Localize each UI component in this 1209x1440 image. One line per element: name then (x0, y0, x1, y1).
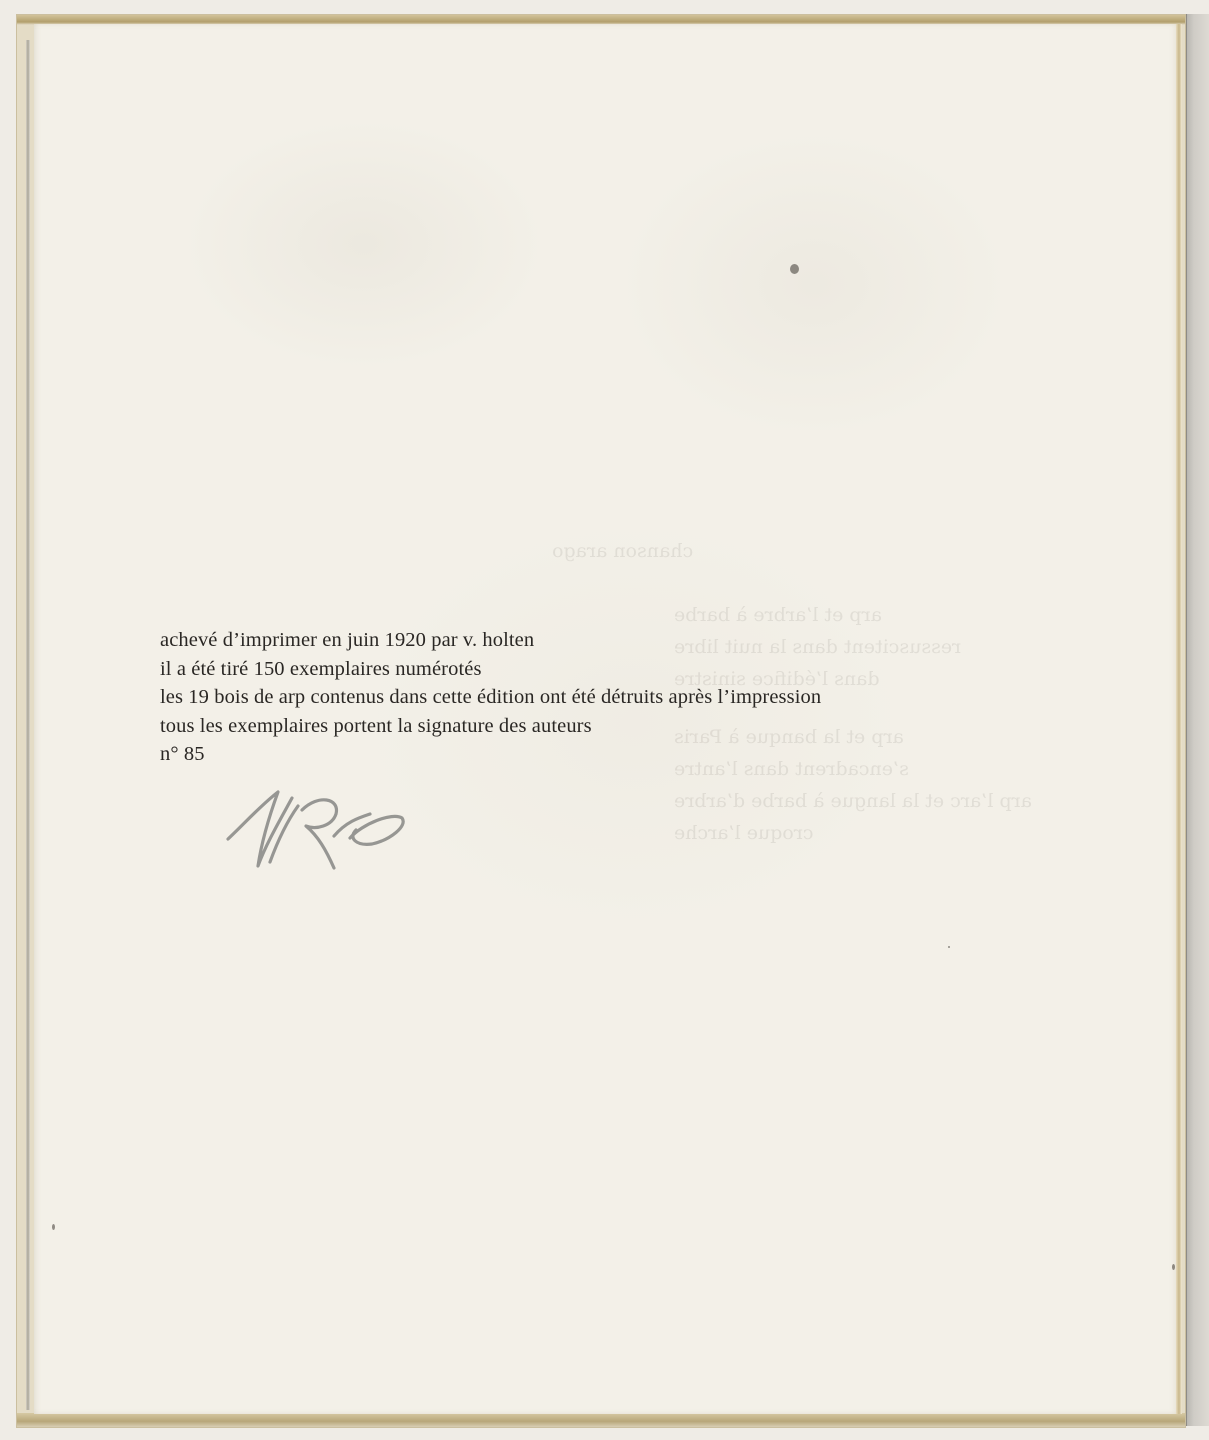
colophon-text: achevé d’imprimer en juin 1920 par v. ho… (160, 626, 821, 769)
ghost-line: chanson arago (552, 540, 693, 562)
pencil-signature (222, 784, 412, 880)
paper-speck (948, 946, 950, 948)
paper-speck (1172, 1264, 1175, 1270)
ghost-line: arp l’arc et la langue à barbe d’arbre (674, 790, 1032, 812)
paper-speck (790, 264, 799, 274)
colophon-line-printing: achevé d’imprimer en juin 1920 par v. ho… (160, 626, 821, 655)
adjacent-page-edge (1186, 14, 1209, 1426)
ghost-line: arp et l’arbre à barbe (674, 604, 882, 626)
colophon-line-edition-size: il a été tiré 150 exemplaires numérotés (160, 655, 821, 684)
colophon-line-woodcuts: les 19 bois de arp contenus dans cette é… (160, 683, 821, 712)
copy-number: n° 85 (160, 740, 821, 769)
colophon-line-signatures: tous les exemplaires portent la signatur… (160, 712, 821, 741)
paper-speck (52, 1224, 55, 1230)
ghost-line: croque l’arche (674, 822, 814, 844)
page-right-edge (1176, 24, 1182, 1414)
page-left-edge (26, 40, 30, 1410)
